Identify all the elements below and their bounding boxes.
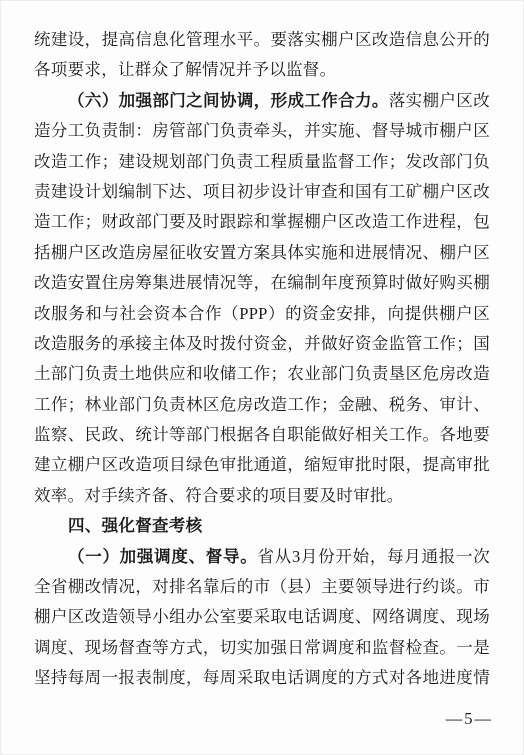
text-line: 责建设计划编制下达、项目初步设计审查和国有工矿棚户区改 — [34, 177, 490, 207]
text-line: 改造服务的承接主体及时拨付资金，并做好资金监管工作；国 — [34, 329, 490, 359]
text-line: 四、强化督查考核 — [34, 511, 490, 541]
body-text-segment: 全省棚改情况，对排名靠后的市（县）主要领导进行约谈。市 — [34, 577, 490, 596]
body-text-segment: 调度、现场督查等方式，切实加强日常调度和监督检查。一是 — [34, 638, 490, 657]
body-text-segment: 效率。对手续齐备、符合要求的项目要及时审批。 — [34, 486, 404, 505]
bold-text-segment: （一）加强调度、督导。 — [68, 547, 258, 566]
text-line: 统建设，提高信息化管理水平。要落实棚户区改造信息公开的 — [34, 25, 490, 55]
text-line: 监察、民政、统计等部门根据各自职能做好相关工作。各地要 — [34, 420, 490, 450]
text-line: 改服务和与社会资本合作（PPP）的资金安排，向提供棚户区 — [34, 299, 490, 329]
body-text-segment: 工作；林业部门负责林区危房改造工作；金融、税务、审计、 — [34, 395, 490, 414]
body-text-segment: 统建设，提高信息化管理水平。要落实棚户区改造信息公开的 — [34, 30, 490, 49]
document-body: 统建设，提高信息化管理水平。要落实棚户区改造信息公开的各项要求，让群众了解情况并… — [34, 25, 490, 694]
text-line: 造工作；财政部门要及时跟踪和掌握棚户区改造工作进程，包 — [34, 207, 490, 237]
body-text-segment: 坚持每周一报表制度，每周采取电话调度的方式对各地进度情 — [34, 668, 490, 687]
document-page: 统建设，提高信息化管理水平。要落实棚户区改造信息公开的各项要求，让群众了解情况并… — [0, 0, 524, 755]
text-line: 坚持每周一报表制度，每周采取电话调度的方式对各地进度情 — [34, 663, 490, 693]
body-text-segment: 土部门负责土地供应和收储工作；农业部门负责垦区危房改造 — [34, 364, 490, 383]
text-line: （六）加强部门之间协调，形成工作合力。落实棚户区改 — [34, 86, 490, 116]
text-line: 全省棚改情况，对排名靠后的市（县）主要领导进行约谈。市 — [34, 572, 490, 602]
text-line: 调度、现场督查等方式，切实加强日常调度和监督检查。一是 — [34, 633, 490, 663]
text-line: 改造工作；建设规划部门负责工程质量监督工作；发改部门负 — [34, 147, 490, 177]
bold-text-segment: 四、强化督查考核 — [68, 517, 202, 535]
text-line: 建立棚户区改造项目绿色审批通道，缩短审批时限，提高审批 — [34, 450, 490, 480]
page-number: —5— — [446, 709, 493, 729]
body-text-segment: 建立棚户区改造项目绿色审批通道，缩短审批时限，提高审批 — [34, 455, 490, 474]
body-text-segment: 改服务和与社会资本合作（PPP）的资金安排，向提供棚户区 — [34, 304, 490, 323]
body-text-segment: 各项要求，让群众了解情况并予以监督。 — [34, 60, 336, 79]
body-text-segment: 监察、民政、统计等部门根据各自职能做好相关工作。各地要 — [34, 425, 490, 444]
body-text-segment: 改造安置住房筹集进展情况等，在编制年度预算时做好购买棚 — [34, 273, 490, 292]
text-line: 各项要求，让群众了解情况并予以监督。 — [34, 55, 490, 85]
body-text-segment: 括棚户区改造房屋征收安置方案具体实施和进展情况、棚户区 — [34, 243, 490, 262]
body-text-segment: 造工作；财政部门要及时跟踪和掌握棚户区改造工作进程，包 — [34, 212, 490, 231]
body-text-segment: 造分工负责制：房管部门负责牵头，并实施、督导城市棚户区 — [34, 121, 490, 140]
text-line: 工作；林业部门负责林区危房改造工作；金融、税务、审计、 — [34, 390, 490, 420]
bold-text-segment: （六）加强部门之间协调，形成工作合力。 — [68, 91, 389, 110]
text-line: 棚户区改造领导小组办公室要采取电话调度、网络调度、现场 — [34, 602, 490, 632]
text-line: 造分工负责制：房管部门负责牵头，并实施、督导城市棚户区 — [34, 116, 490, 146]
body-text-segment: 落实棚户区改 — [389, 91, 490, 110]
text-line: 土部门负责土地供应和收储工作；农业部门负责垦区危房改造 — [34, 359, 490, 389]
text-line: （一）加强调度、督导。省从3月份开始，每月通报一次 — [34, 542, 490, 572]
body-text-segment: 改造服务的承接主体及时拨付资金，并做好资金监管工作；国 — [34, 334, 490, 353]
text-line: 改造安置住房筹集进展情况等，在编制年度预算时做好购买棚 — [34, 268, 490, 298]
body-text-segment: 省从3月份开始，每月通报一次 — [258, 547, 491, 566]
body-text-segment: 棚户区改造领导小组办公室要采取电话调度、网络调度、现场 — [34, 607, 490, 626]
text-line: 括棚户区改造房屋征收安置方案具体实施和进展情况、棚户区 — [34, 238, 490, 268]
text-line: 效率。对手续齐备、符合要求的项目要及时审批。 — [34, 481, 490, 511]
body-text-segment: 改造工作；建设规划部门负责工程质量监督工作；发改部门负 — [34, 152, 490, 171]
body-text-segment: 责建设计划编制下达、项目初步设计审查和国有工矿棚户区改 — [34, 182, 490, 201]
